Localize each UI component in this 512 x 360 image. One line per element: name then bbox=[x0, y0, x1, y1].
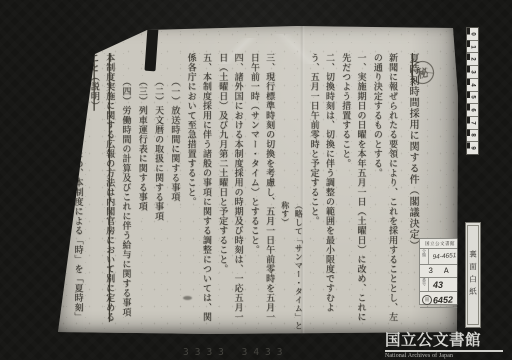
archive-classification-label: 国立公文書館 分類 94-4651 3 A 番号 43 冊 6452 bbox=[419, 238, 461, 305]
archive-label-class-row: 分類 94-4651 bbox=[420, 249, 460, 265]
text-column-subitem: （三）列車運行表に関する事項 bbox=[134, 53, 149, 331]
text-column-note: （略して「サンマー・タイム」と称す） bbox=[278, 53, 305, 331]
ruler-mark: 6 bbox=[467, 104, 478, 117]
naj-underline bbox=[385, 350, 503, 352]
class-field-value: 94-4651 bbox=[429, 252, 460, 261]
ruler-mark: 8 bbox=[467, 130, 478, 143]
archive-label-number-row: 冊 6452 bbox=[420, 292, 460, 308]
back-blank-label: 裏面白紙 bbox=[465, 222, 481, 328]
text-column-subitem: （一）放送時間に関する事項 bbox=[167, 53, 182, 331]
book-circle-mark: 冊 bbox=[422, 295, 432, 305]
ruler-mark: 4 bbox=[467, 79, 478, 92]
document-page: 秘 夏時刻時間採用に関する件（閣議決定） 新聞に報ぜられたる要領により、これを採… bbox=[57, 26, 459, 335]
back-blank-label-border: 裏面白紙 bbox=[467, 225, 479, 325]
measurement-ruler: 0 1 2 3 4 5 6 7 8 9 bbox=[466, 27, 479, 155]
shelf-field-label: 番号 bbox=[420, 278, 429, 291]
text-column: 三、現行標準時刻の切換を考慮し、五月一日午前零時を五月一日午前一時（サンマー・タ… bbox=[246, 53, 277, 331]
ruler-mark: 0 bbox=[467, 28, 478, 41]
text-column-subitem: （二）天文暦の取扱に関する事項 bbox=[151, 53, 166, 331]
text-column: 五、本制度採用に伴う諸般の事項に関する調整については、関係各庁において至急措置す… bbox=[183, 53, 214, 331]
naj-name-english: National Archives of Japan bbox=[385, 353, 509, 359]
text-column: 一、実施期日の日曜を本年五月一日（土曜日）に改め、これに先だつよう措置すること。 bbox=[338, 53, 369, 331]
back-blank-label-text: 裏面白紙 bbox=[468, 250, 479, 300]
ruler-mark: 3 bbox=[467, 66, 478, 79]
text-column-subitem: （四）労働時間の計算及びこれに伴う給与に関する事項 bbox=[118, 53, 133, 331]
naj-name-japanese: 国立公文書館 bbox=[385, 332, 509, 349]
naj-watermark: 国立公文書館 National Archives of Japan bbox=[385, 332, 509, 359]
text-column: 二、切換時刻は、切換に伴う調整の範囲を最小限度ですむよう、五月一日午前零時と予定… bbox=[306, 53, 337, 331]
ruler-mark: 9 bbox=[467, 142, 478, 154]
scan-background: 秘 夏時刻時間採用に関する件（閣議決定） 新聞に報ぜられたる要領により、これを採… bbox=[0, 0, 512, 360]
archive-label-3a-row: 3 A bbox=[420, 265, 460, 278]
title-text: 時間採用に関する件（閣議決定） bbox=[407, 86, 418, 251]
ruler-mark: 7 bbox=[467, 117, 478, 130]
archive-label-shelf-row: 番号 43 bbox=[420, 278, 460, 292]
frame-number: 3333 3433 bbox=[183, 347, 353, 360]
text-column-struck: 本制度実施に関する広報の方法は内閣官房において別に定めること（説明） bbox=[86, 53, 117, 331]
text-column: 新聞に報ぜられたる要領により、これを採用することとし、左の通り決定するものとする… bbox=[369, 53, 400, 331]
class-field-label: 分類 bbox=[420, 249, 429, 264]
book-number-value: 6452 bbox=[433, 294, 454, 305]
text-column: 四、諸外国における本制度採用の時期及び時刻は、一応五月一日（土曜日）及び九月第二… bbox=[215, 53, 246, 331]
text-column: 六、標準時と区別するため、本制度による「時」を「夏時刻」と称すること。 bbox=[55, 53, 86, 331]
document-text: 夏時刻時間採用に関する件（閣議決定） 新聞に報ぜられたる要領により、これを採用す… bbox=[107, 53, 421, 331]
archive-label-header: 国立公文書館 bbox=[420, 239, 460, 249]
shelf-field-value: 43 bbox=[429, 280, 460, 290]
title-struck-prefix: 夏時刻 bbox=[407, 53, 418, 86]
ruler-mark: 1 bbox=[467, 41, 478, 54]
ruler-mark: 5 bbox=[467, 92, 478, 105]
ruler-mark: 2 bbox=[467, 53, 478, 66]
